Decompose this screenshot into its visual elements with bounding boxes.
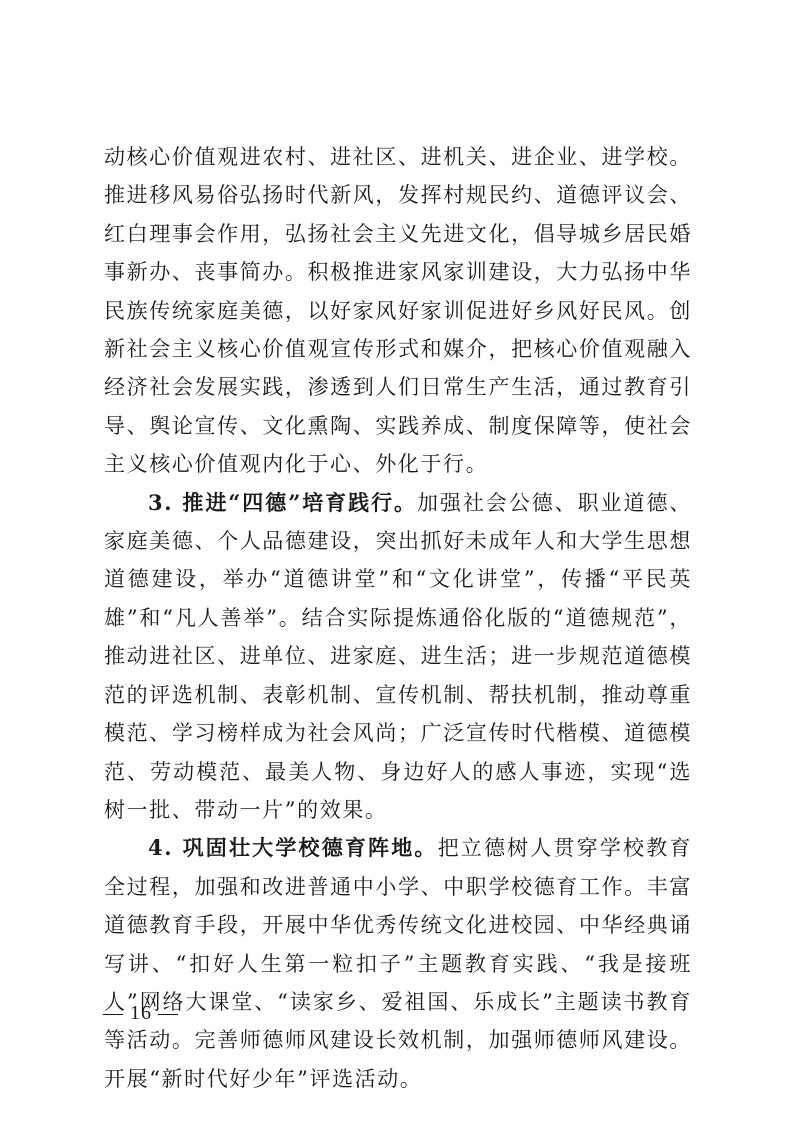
paragraph-four-virtues: 3. 推进“四德”培育践行。加强社会公德、职业道德、家庭美德、个人品德建设，突出… <box>104 484 692 830</box>
paragraph-text: 动核心价值观进农村、进社区、进机关、进企业、进学校。推进移风易俗弘扬时代新风，发… <box>104 145 692 476</box>
body-text: 动核心价值观进农村、进社区、进机关、进企业、进学校。推进移风易俗弘扬时代新风，发… <box>104 138 692 1098</box>
paragraph-text: 把立德树人贯穿学校教育全过程，加强和改进普通中小学、中职学校德育工作。丰富道德教… <box>104 836 692 1090</box>
section-heading-3: 3. 推进“四德”培育践行。 <box>148 490 417 515</box>
paragraph-text: 加强社会公德、职业道德、家庭美德、个人品德建设，突出抓好未成年人和大学生思想道德… <box>104 491 692 822</box>
paragraph-core-values: 动核心价值观进农村、进社区、进机关、进企业、进学校。推进移风易俗弘扬时代新风，发… <box>104 138 692 484</box>
paragraph-school-moral-education: 4. 巩固壮大学校德育阵地。把立德树人贯穿学校教育全过程，加强和改进普通中小学、… <box>104 829 692 1098</box>
document-page: 动核心价值观进农村、进社区、进机关、进企业、进学校。推进移风易俗弘扬时代新风，发… <box>0 0 793 1122</box>
page-number: — 16 — <box>103 1002 179 1025</box>
section-heading-4: 4. 巩固壮大学校德育阵地。 <box>148 835 438 860</box>
